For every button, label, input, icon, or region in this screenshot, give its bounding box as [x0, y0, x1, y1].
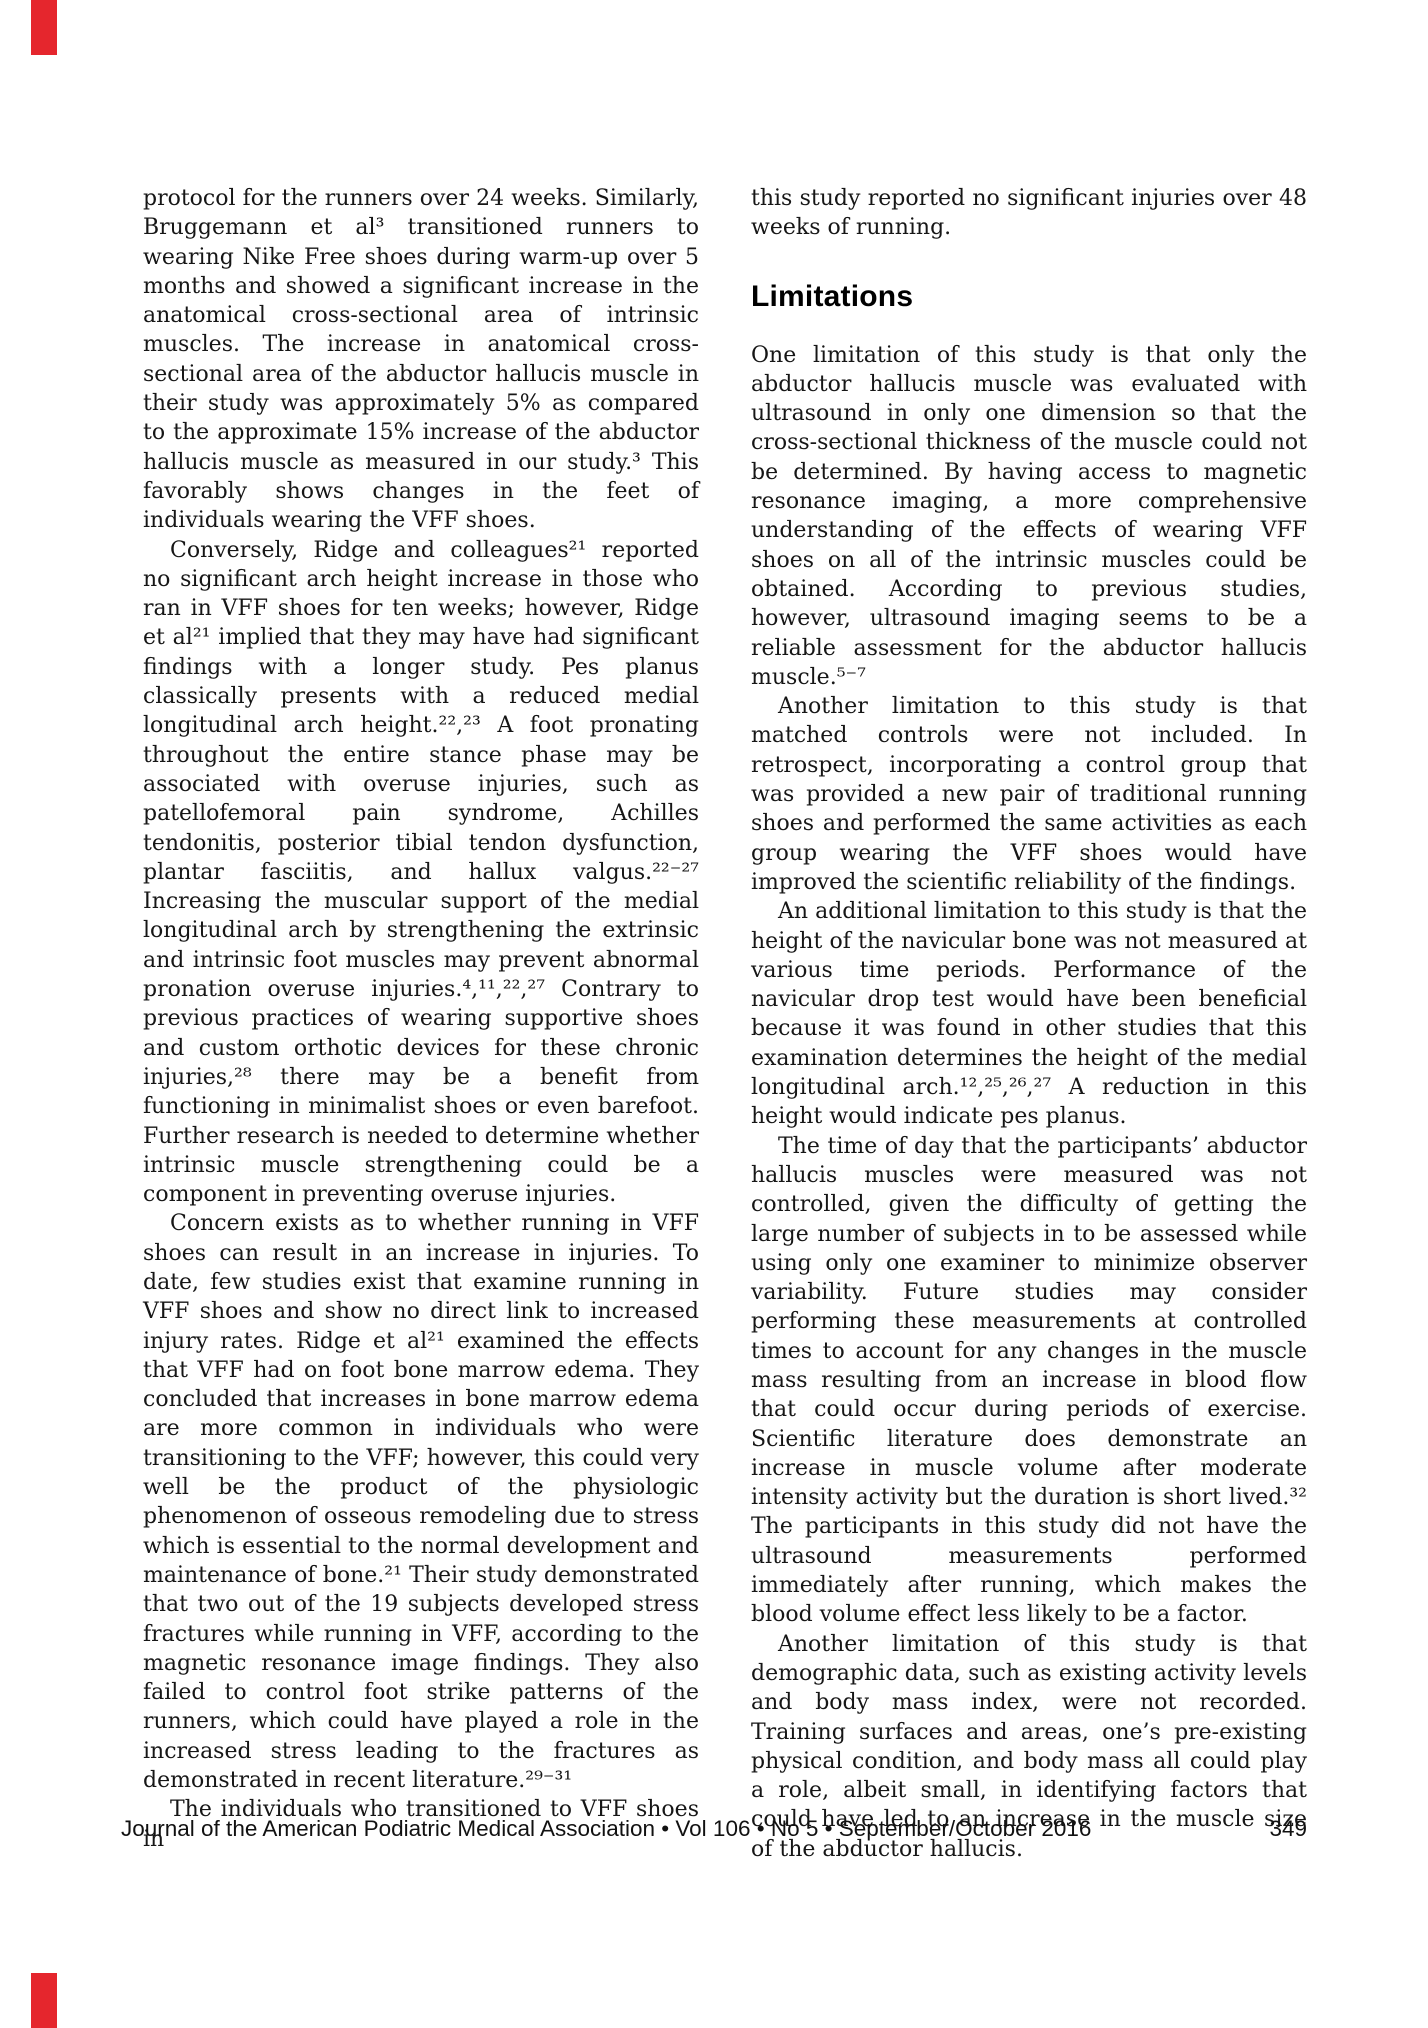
page-edge-mark-top	[31, 0, 57, 55]
body-paragraph: Conversely, Ridge and colleagues²¹ repor…	[143, 536, 699, 1210]
page-footer: Journal of the American Podiatric Medica…	[121, 1816, 1307, 1842]
footer-page-number: 349	[1269, 1816, 1307, 1842]
section-heading-limitations: Limitations	[751, 279, 1307, 315]
page-edge-mark-bottom	[31, 1973, 57, 2028]
body-paragraph: Another limitation to this study is that…	[751, 692, 1307, 897]
text-column-left: protocol for the runners over 24 weeks. …	[143, 184, 699, 1864]
footer-journal-line: Journal of the American Podiatric Medica…	[121, 1816, 1091, 1842]
body-paragraph: The time of day that the participants’ a…	[751, 1132, 1307, 1630]
body-paragraph: One limitation of this study is that onl…	[751, 341, 1307, 693]
body-paragraph: Concern exists as to whether running in …	[143, 1209, 699, 1795]
body-paragraph: An additional limitation to this study i…	[751, 897, 1307, 1131]
journal-page: protocol for the runners over 24 weeks. …	[0, 0, 1428, 2028]
body-paragraph: protocol for the runners over 24 weeks. …	[143, 184, 699, 536]
body-paragraph: this study reported no significant injur…	[751, 184, 1307, 243]
text-column-right: this study reported no significant injur…	[751, 184, 1307, 1864]
two-column-text-area: protocol for the runners over 24 weeks. …	[143, 184, 1307, 1864]
